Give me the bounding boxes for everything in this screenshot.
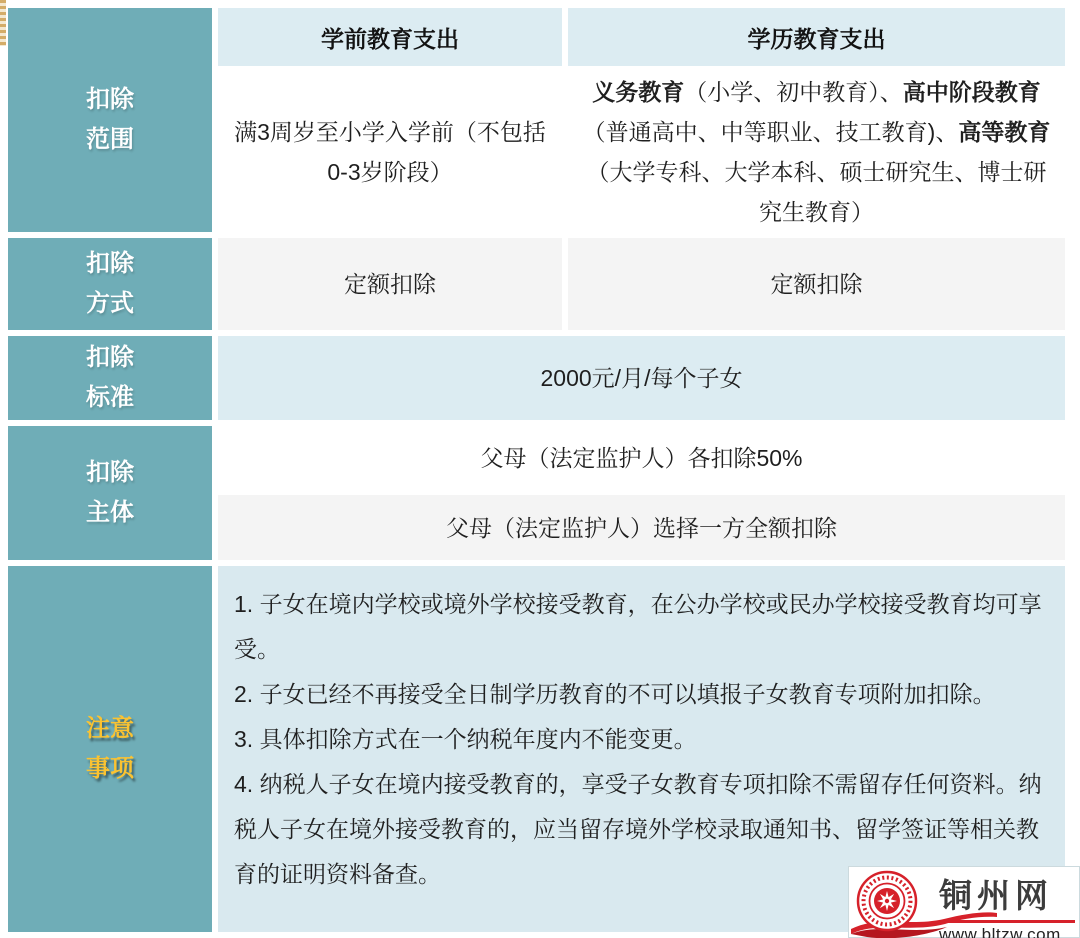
- site-url: www.bltzw.com: [939, 925, 1077, 938]
- watermark-box: 铜州网 www.bltzw.com: [848, 866, 1080, 938]
- row-label-method: 扣除方式: [8, 238, 212, 330]
- row-label-subject-text: 扣除主体: [82, 453, 137, 533]
- cell-method-academic: 定额扣除: [568, 238, 1065, 330]
- screenshot-edge-artifact: [0, 0, 6, 46]
- site-emblem-icon: [853, 869, 925, 937]
- note-item: 3. 具体扣除方式在一个纳税年度内不能变更。: [234, 717, 1049, 762]
- column-header-preschool: 学前教育支出: [218, 8, 562, 66]
- cell-subject-full: 父母（法定监护人）选择一方全额扣除: [218, 495, 1065, 560]
- row-label-notes: 注意事项: [8, 566, 212, 932]
- cell-scope-preschool: 满3周岁至小学入学前（不包括0-3岁阶段）: [218, 72, 562, 232]
- row-label-subject: 扣除主体: [8, 426, 212, 560]
- cell-scope-academic: 义务教育（小学、初中教育）、高中阶段教育（普通高中、中等职业、技工教育)、高等教…: [568, 72, 1065, 232]
- row-label-notes-text: 注意事项: [82, 709, 137, 789]
- row-label-scope: 扣除范围: [8, 8, 212, 232]
- cell-standard: 2000元/月/每个子女: [218, 336, 1065, 420]
- note-item: 1. 子女在境内学校或境外学校接受教育，在公办学校或民办学校接受教育均可享受。: [234, 582, 1049, 672]
- site-name: 铜州网: [939, 870, 1077, 917]
- cell-method-preschool: 定额扣除: [218, 238, 562, 330]
- row-label-scope-text: 扣除范围: [82, 80, 137, 160]
- column-header-academic: 学历教育支出: [568, 8, 1065, 66]
- note-item: 2. 子女已经不再接受全日制学历教育的不可以填报子女教育专项附加扣除。: [234, 672, 1049, 717]
- cell-subject-split: 父母（法定监护人）各扣除50%: [218, 426, 1065, 489]
- row-label-standard: 扣除标准: [8, 336, 212, 420]
- page: { "theme": { "teal": "#6fadb7", "light_b…: [0, 0, 1080, 938]
- site-identity: 铜州网 www.bltzw.com: [939, 870, 1077, 938]
- education-deduction-table: 扣除范围 学前教育支出 学历教育支出 满3周岁至小学入学前（不包括0-3岁阶段）…: [8, 8, 1065, 932]
- red-divider: [939, 920, 1075, 923]
- row-label-method-text: 扣除方式: [82, 244, 137, 324]
- row-label-standard-text: 扣除标准: [82, 338, 137, 418]
